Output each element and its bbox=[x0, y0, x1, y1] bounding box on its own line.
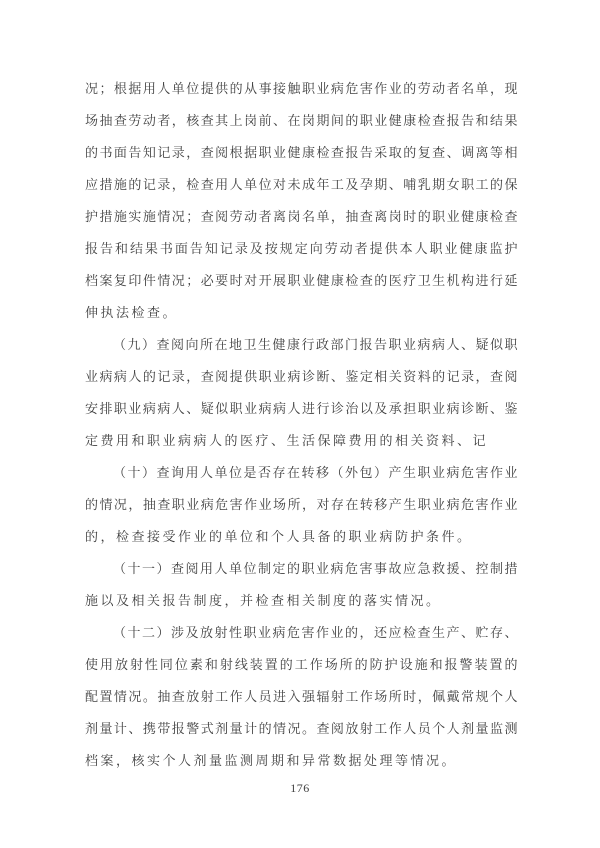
text-line: 的书面告知记录，查阅根据职业健康检查报告采取的复查、调离等相 bbox=[85, 137, 518, 169]
text-line: 档案，核实个人剂量监测周期和异常数据处理等情况。 bbox=[85, 745, 518, 777]
text-line: 的情况，抽查职业病危害作业场所，对存在转移产生职业病危害作业 bbox=[85, 489, 518, 521]
text-line: 定费用和职业病病人的医疗、生活保障费用的相关资料、记录。 bbox=[85, 425, 518, 457]
page-number: 176 bbox=[0, 780, 600, 796]
text-line: 业病病人的记录，查阅提供职业病诊断、鉴定相关资料的记录，查阅 bbox=[85, 361, 518, 393]
document-page: 况；根据用人单位提供的从事接触职业病危害作业的劳动者名单，现 场抽查劳动者，核查… bbox=[0, 0, 600, 848]
text-line: （九）查阅向所在地卫生健康行政部门报告职业病病人、疑似职 bbox=[85, 329, 518, 361]
text-line: 配置情况。抽查放射工作人员进入强辐射工作场所时，佩戴常规个人 bbox=[85, 681, 518, 713]
text-line: 应措施的记录，检查用人单位对未成年工及孕期、哺乳期女职工的保 bbox=[85, 169, 518, 201]
text-line: 使用放射性同位素和射线装置的工作场所的防护设施和报警装置的 bbox=[85, 649, 518, 681]
text-line: 场抽查劳动者，核查其上岗前、在岗期间的职业健康检查报告和结果 bbox=[85, 105, 518, 137]
text-line: 护措施实施情况；查阅劳动者离岗名单，抽查离岗时的职业健康检查 bbox=[85, 201, 518, 233]
text-line: 安排职业病病人、疑似职业病病人进行诊治以及承担职业病诊断、鉴 bbox=[85, 393, 518, 425]
text-line: （十一）查阅用人单位制定的职业病危害事故应急救援、控制措 bbox=[85, 553, 518, 585]
text-line: 况；根据用人单位提供的从事接触职业病危害作业的劳动者名单，现 bbox=[85, 73, 518, 105]
text-line: 的，检查接受作业的单位和个人具备的职业病防护条件。 bbox=[85, 521, 518, 553]
paragraph: 况；根据用人单位提供的从事接触职业病危害作业的劳动者名单，现 场抽查劳动者，核查… bbox=[85, 73, 518, 329]
text-line: 报告和结果书面告知记录及按规定向劳动者提供本人职业健康监护 bbox=[85, 233, 518, 265]
text-line: （十）查询用人单位是否存在转移（外包）产生职业病危害作业 bbox=[85, 457, 518, 489]
text-line: 档案复印件情况；必要时对开展职业健康检查的医疗卫生机构进行延 bbox=[85, 265, 518, 297]
text-line: 伸执法检查。 bbox=[85, 297, 518, 329]
text-line: 施以及相关报告制度，并检查相关制度的落实情况。 bbox=[85, 585, 518, 617]
text-line: （十二）涉及放射性职业病危害作业的，还应检查生产、贮存、 bbox=[85, 617, 518, 649]
paragraph: （十一）查阅用人单位制定的职业病危害事故应急救援、控制措 施以及相关报告制度，并… bbox=[85, 553, 518, 617]
paragraph: （十二）涉及放射性职业病危害作业的，还应检查生产、贮存、 使用放射性同位素和射线… bbox=[85, 617, 518, 777]
paragraph: （十）查询用人单位是否存在转移（外包）产生职业病危害作业 的情况，抽查职业病危害… bbox=[85, 457, 518, 553]
document-body: 况；根据用人单位提供的从事接触职业病危害作业的劳动者名单，现 场抽查劳动者，核查… bbox=[85, 73, 518, 777]
text-line: 剂量计、携带报警式剂量计的情况。查阅放射工作人员个人剂量监测 bbox=[85, 713, 518, 745]
paragraph: （九）查阅向所在地卫生健康行政部门报告职业病病人、疑似职 业病病人的记录，查阅提… bbox=[85, 329, 518, 457]
